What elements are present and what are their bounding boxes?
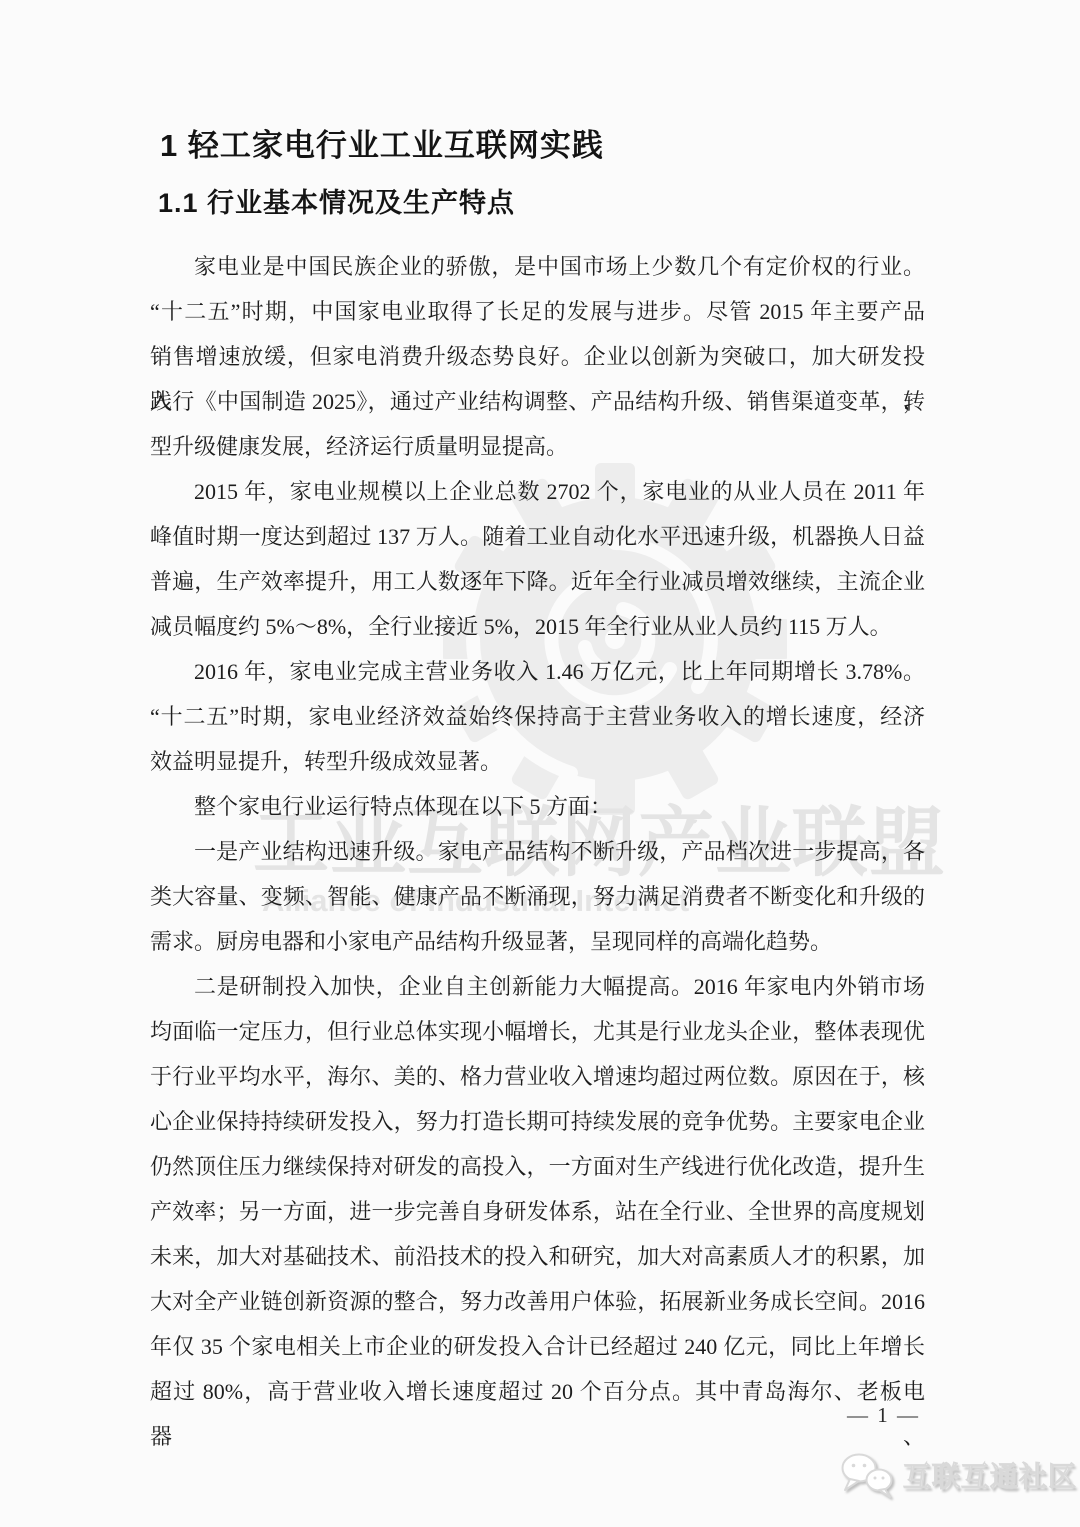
chapter-heading: 1 轻工家电行业工业互联网实践 — [160, 126, 604, 166]
body-line: 未来，加大对基础技术、前沿技术的投入和研究，加大对高素质人才的积累，加 — [150, 1234, 925, 1279]
body-line: 减员幅度约 5%～8%，全行业接近 5%，2015 年全行业从业人员约 115 … — [150, 604, 925, 649]
body-line: “十二五”时期，中国家电业取得了长足的发展与进步。尽管 2015 年主要产品 — [150, 289, 925, 334]
body-line: 仍然顶住压力继续保持对研发的高投入，一方面对生产线进行优化改造，提升生 — [150, 1144, 925, 1189]
body-line: 型升级健康发展，经济运行质量明显提高。 — [150, 424, 925, 469]
body-line: 类大容量、变频、智能、健康产品不断涌现，努力满足消费者不断变化和升级的 — [150, 874, 925, 919]
body-line: 心企业保持持续研发投入，努力打造长期可持续发展的竞争优势。主要家电企业 — [150, 1099, 925, 1144]
body-line: 销售增速放缓，但家电消费升级态势良好。企业以创新为突破口，加大研发投入， — [150, 334, 925, 379]
body-line: 均面临一定压力，但行业总体实现小幅增长，尤其是行业龙头企业，整体表现优 — [150, 1009, 925, 1054]
body-line: “十二五”时期，家电业经济效益始终保持高于主营业务收入的增长速度，经济 — [150, 694, 925, 739]
section-heading: 1.1 行业基本情况及生产特点 — [158, 185, 515, 221]
body-line: 普遍，生产效率提升，用工人数逐年下降。近年全行业减员增效继续，主流企业 — [150, 559, 925, 604]
body-line: 效益明显提升，转型升级成效显著。 — [150, 739, 925, 784]
body-line: 产效率；另一方面，进一步完善自身研发体系，站在全行业、全世界的高度规划 — [150, 1189, 925, 1234]
footer-logo-text: 互联互通社区 — [903, 1455, 1077, 1495]
body-text: 家电业是中国民族企业的骄傲，是中国市场上少数几个有定价权的行业。“十二五”时期，… — [150, 244, 925, 1414]
body-line: 大对全产业链创新资源的整合，努力改善用户体验，拓展新业务成长空间。2016 — [150, 1279, 925, 1324]
body-line: 践行《中国制造 2025》，通过产业结构调整、产品结构升级、销售渠道变革，转 — [150, 379, 925, 424]
body-line: 一是产业结构迅速升级。家电产品结构不断升级，产品档次进一步提高，各 — [150, 829, 925, 874]
body-line: 二是研制投入加快，企业自主创新能力大幅提高。2016 年家电内外销市场 — [150, 964, 925, 1009]
body-line: 峰值时期一度达到超过 137 万人。随着工业自动化水平迅速升级，机器换人日益 — [150, 514, 925, 559]
content-layer: 1 轻工家电行业工业互联网实践 1.1 行业基本情况及生产特点 家电业是中国民族… — [0, 0, 1080, 1527]
wechat-bubbles-icon — [838, 1450, 896, 1500]
body-line: 2016 年，家电业完成主营业务收入 1.46 万亿元，比上年同期增长 3.78… — [150, 649, 925, 694]
body-line: 需求。厨房电器和小家电产品结构升级显著，呈现同样的高端化趋势。 — [150, 919, 925, 964]
body-line: 年仅 35 个家电相关上市企业的研发投入合计已经超过 240 亿元，同比上年增长 — [150, 1324, 925, 1369]
body-line: 家电业是中国民族企业的骄傲，是中国市场上少数几个有定价权的行业。 — [150, 244, 925, 289]
document-page: 工业互联网产业联盟 Alliance of Industrial Interne… — [0, 0, 1080, 1527]
body-line: 整个家电行业运行特点体现在以下 5 方面： — [150, 784, 925, 829]
body-line: 2015 年，家电业规模以上企业总数 2702 个，家电业的从业人员在 2011… — [150, 469, 925, 514]
page-number: — 1 — — [760, 1402, 920, 1428]
footer-logo: 互联互通社区 — [838, 1450, 1077, 1500]
body-line: 于行业平均水平，海尔、美的、格力营业收入增速均超过两位数。原因在于，核 — [150, 1054, 925, 1099]
